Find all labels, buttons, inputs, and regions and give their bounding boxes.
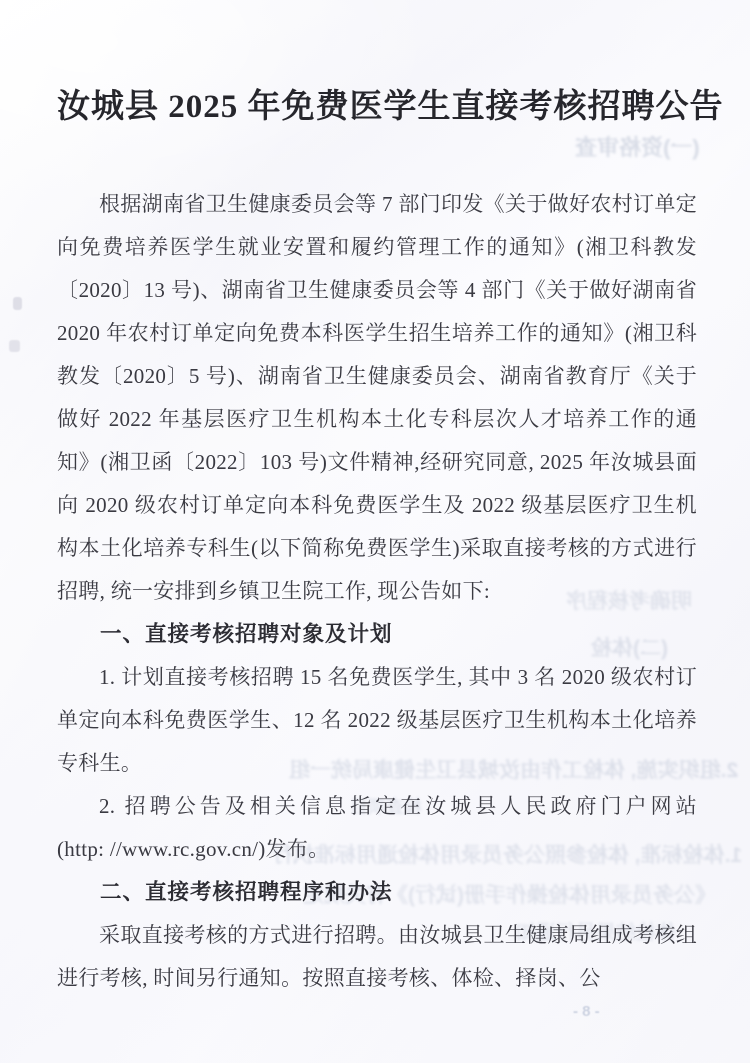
section-1-item-2-line-1: 2. 招聘公告及相关信息指定在汝城县人民政府门户网站 (57, 785, 697, 828)
scan-artifact (9, 340, 20, 352)
section-1-item-2-line-2: (http: //www.rc.gov.cn/)发布。 (57, 828, 697, 871)
announcement-title: 汝城县 2025 年免费医学生直接考核招聘公告 (57, 80, 697, 127)
section-1-item-1: 1. 计划直接考核招聘 15 名免费医学生, 其中 3 名 2020 级农村订单… (57, 656, 697, 785)
scanned-announcement-page: (一)资格审查 明确考核程序 (二)体检 2.组织实施, 体检工作由汝城县卫生健… (0, 0, 750, 1063)
section-2-paragraph: 采取直接考核的方式进行招聘。由汝城县卫生健康局组成考核组进行考核, 时间另行通知… (57, 914, 697, 1000)
scan-artifact (13, 297, 22, 310)
section-2-heading: 二、直接考核招聘程序和办法 (57, 871, 697, 914)
document-body: 汝城县 2025 年免费医学生直接考核招聘公告 根据湖南省卫生健康委员会等 7 … (57, 80, 697, 1000)
section-1-heading: 一、直接考核招聘对象及计划 (57, 613, 697, 656)
intro-paragraph: 根据湖南省卫生健康委员会等 7 部门印发《关于做好农村订单定向免费培养医学生就业… (57, 183, 697, 613)
bleed-through-page-number: - 8 - (573, 1003, 600, 1020)
